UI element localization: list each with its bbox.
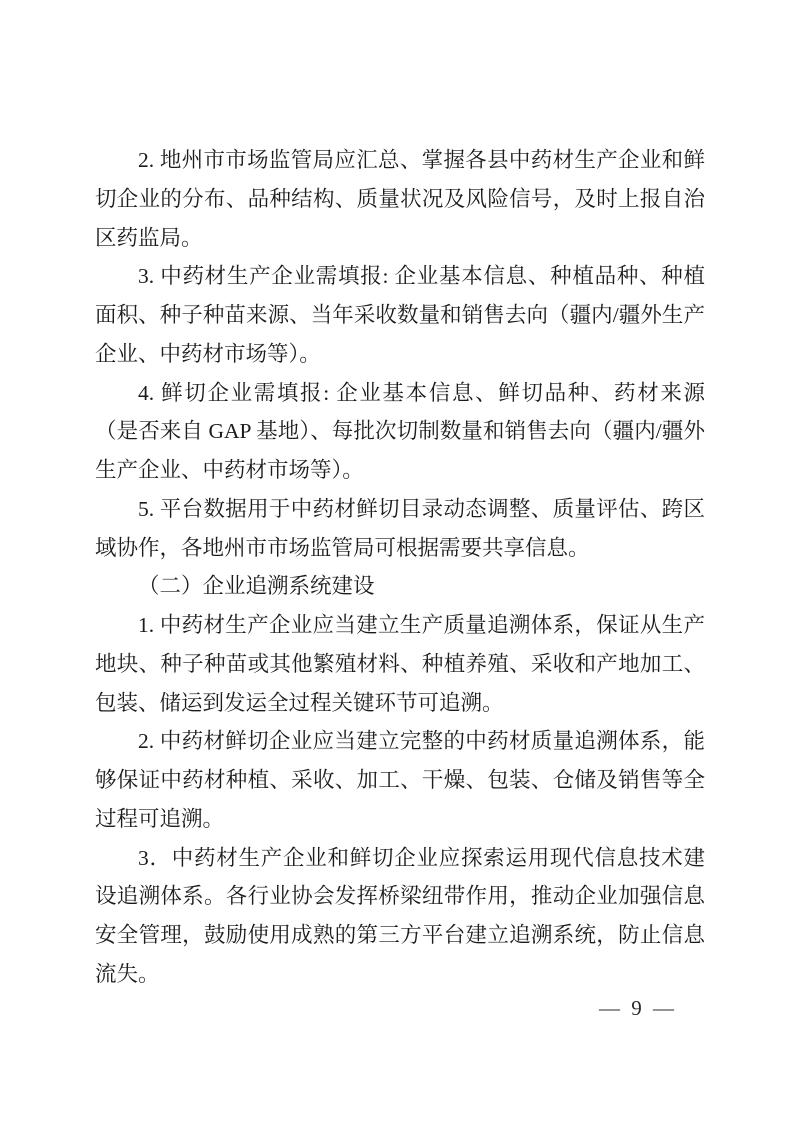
paragraph-item-2: 2. 地州市市场监管局应汇总、掌握各县中药材生产企业和鲜切企业的分布、品种结构、…	[95, 141, 705, 257]
paragraph-section2-item-2: 2. 中药材鲜切企业应当建立完整的中药材质量追溯体系，能够保证中药材种植、采收、…	[95, 722, 705, 838]
paragraph-section2-item-3: 3．中药材生产企业和鲜切企业应探索运用现代信息技术建设追溯体系。各行业协会发挥桥…	[95, 839, 705, 994]
paragraph-item-5: 5. 平台数据用于中药材鲜切目录动态调整、质量评估、跨区域协作，各地州市市场监管…	[95, 490, 705, 568]
paragraph-item-4: 4. 鲜切企业需填报: 企业基本信息、鲜切品种、药材来源（是否来自 GAP 基地…	[95, 374, 705, 490]
document-body: 2. 地州市市场监管局应汇总、掌握各县中药材生产企业和鲜切企业的分布、品种结构、…	[95, 141, 705, 994]
section-heading-2: （二）企业追溯系统建设	[95, 567, 705, 606]
paragraph-item-3: 3. 中药材生产企业需填报: 企业基本信息、种植品种、种植面积、种子种苗来源、当…	[95, 257, 705, 373]
page-number: — 9 —	[599, 996, 677, 1020]
paragraph-section2-item-1: 1. 中药材生产企业应当建立生产质量追溯体系，保证从生产地块、种子种苗或其他繁殖…	[95, 606, 705, 722]
document-page: 2. 地州市市场监管局应汇总、掌握各县中药材生产企业和鲜切企业的分布、品种结构、…	[0, 0, 793, 1122]
